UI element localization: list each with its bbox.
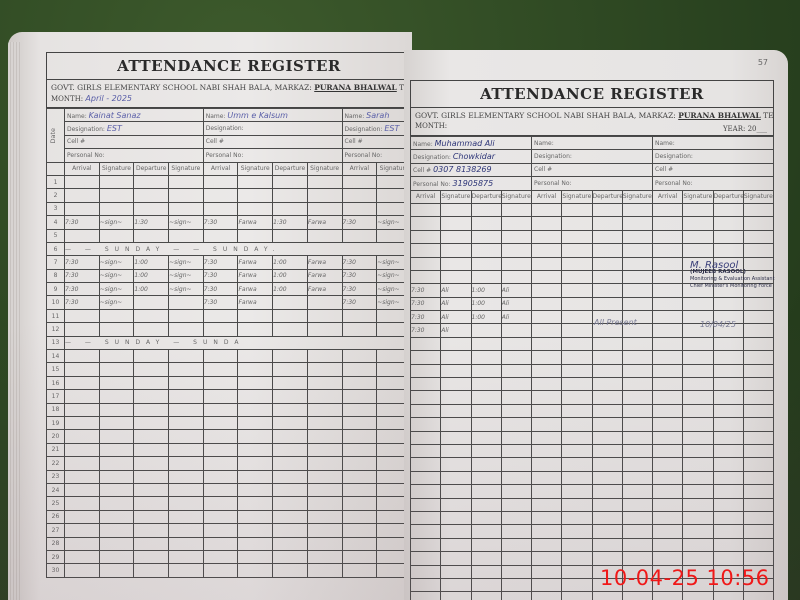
attendance-cell	[592, 444, 622, 457]
attendance-cell	[532, 270, 562, 283]
attendance-cell	[273, 363, 308, 376]
attendance-cell	[441, 471, 471, 484]
attendance-cell	[592, 511, 622, 524]
attendance-cell	[743, 351, 773, 364]
attendance-cell: 1:00	[134, 283, 169, 296]
attendance-cell	[713, 391, 743, 404]
attendance-cell	[238, 376, 273, 389]
table-row: 24	[47, 483, 412, 496]
staff-3-designation: Designation:	[653, 150, 774, 163]
attendance-cell	[713, 404, 743, 417]
attendance-cell	[238, 537, 273, 550]
attendance-register-book: ATTENDANCE REGISTER GOVT. GIRLS ELEMENTA…	[0, 28, 800, 600]
attendance-cell	[65, 309, 100, 322]
attendance-cell	[411, 351, 441, 364]
attendance-cell	[532, 458, 562, 471]
table-row	[411, 418, 774, 431]
attendance-cell: 7:30	[203, 283, 238, 296]
staff-3-personal: Personal No:	[342, 149, 412, 162]
attendance-cell	[501, 458, 531, 471]
attendance-cell	[134, 537, 169, 550]
attendance-cell	[134, 202, 169, 215]
attendance-cell	[501, 418, 531, 431]
attendance-cell	[471, 337, 501, 350]
attendance-cell	[653, 485, 683, 498]
attendance-cell	[713, 485, 743, 498]
attendance-cell	[562, 592, 592, 600]
attendance-cell: Ali	[501, 284, 531, 297]
subhdr-signature: Signature	[622, 190, 652, 203]
month-field: MONTH:	[415, 122, 769, 130]
visit-date: 10/04/25	[700, 320, 736, 329]
attendance-cell	[411, 592, 441, 600]
subhdr-signature: Signature	[238, 162, 273, 175]
attendance-cell	[713, 351, 743, 364]
attendance-cell	[65, 229, 100, 242]
staff-designation-row: Designation: Chowkidar Designation: Desi…	[411, 150, 774, 163]
attendance-cell	[411, 538, 441, 551]
attendance-cell	[203, 430, 238, 443]
attendance-cell	[532, 444, 562, 457]
attendance-cell	[683, 337, 713, 350]
attendance-cell	[99, 416, 134, 429]
attendance-cell	[743, 418, 773, 431]
attendance-cell: Farwa	[238, 256, 273, 269]
attendance-cell	[592, 351, 622, 364]
staff-name-row: Name: Muhammad Ali Name: Name:	[411, 137, 774, 150]
attendance-cell	[653, 418, 683, 431]
attendance-cell	[471, 498, 501, 511]
staff-2-cell: Cell #	[532, 163, 653, 176]
attendance-cell	[683, 431, 713, 444]
attendance-cell	[307, 537, 342, 550]
attendance-cell: 7:30	[65, 296, 100, 309]
month-field: MONTH: April - 2025	[51, 94, 407, 103]
day-number: 26	[47, 510, 65, 523]
attendance-cell	[411, 257, 441, 270]
table-row	[411, 511, 774, 524]
attendance-cell	[342, 457, 377, 470]
attendance-cell	[471, 217, 501, 230]
attendance-cell	[342, 403, 377, 416]
attendance-cell	[134, 376, 169, 389]
attendance-cell	[441, 418, 471, 431]
attendance-cell: 7:30	[203, 269, 238, 282]
attendance-cell	[342, 524, 377, 537]
attendance-cell	[713, 525, 743, 538]
day-number: 29	[47, 550, 65, 563]
attendance-cell	[562, 444, 592, 457]
attendance-cell	[592, 297, 622, 310]
attendance-cell	[134, 309, 169, 322]
attendance-cell	[65, 403, 100, 416]
attendance-cell	[532, 431, 562, 444]
attendance-cell: 7:30	[411, 311, 441, 324]
attendance-cell	[501, 511, 531, 524]
attendance-cell	[99, 403, 134, 416]
attendance-cell: Ali	[441, 297, 471, 310]
table-row: 22	[47, 457, 412, 470]
visit-note: All Present	[594, 318, 637, 327]
attendance-cell	[713, 498, 743, 511]
attendance-cell	[65, 483, 100, 496]
column-subheaders: Arrival Signature Departure Signature Ar…	[411, 190, 774, 203]
attendance-cell	[471, 324, 501, 337]
attendance-cell	[238, 497, 273, 510]
attendance-cell	[238, 470, 273, 483]
table-row	[411, 351, 774, 364]
attendance-cell	[203, 309, 238, 322]
attendance-cell	[743, 444, 773, 457]
attendance-cell	[65, 350, 100, 363]
attendance-cell	[307, 403, 342, 416]
subhdr-signature: Signature	[169, 162, 204, 175]
attendance-cell	[238, 350, 273, 363]
attendance-cell	[307, 350, 342, 363]
attendance-cell	[65, 443, 100, 456]
attendance-cell	[441, 217, 471, 230]
attendance-cell	[743, 244, 773, 257]
attendance-cell	[307, 323, 342, 336]
year-field: YEAR: 20___	[723, 125, 767, 133]
attendance-cell	[622, 297, 652, 310]
attendance-cell	[471, 458, 501, 471]
day-number: 20	[47, 430, 65, 443]
attendance-cell: 7:30	[203, 256, 238, 269]
attendance-cell	[273, 416, 308, 429]
attendance-cell: 1:00	[273, 269, 308, 282]
attendance-cell	[532, 418, 562, 431]
attendance-cell	[411, 217, 441, 230]
day-number: 8	[47, 269, 65, 282]
attendance-cell	[622, 404, 652, 417]
attendance-cell	[441, 364, 471, 377]
attendance-cell	[65, 510, 100, 523]
attendance-cell	[501, 391, 531, 404]
attendance-cell	[169, 175, 204, 188]
attendance-cell	[622, 485, 652, 498]
attendance-cell	[238, 323, 273, 336]
attendance-cell	[273, 229, 308, 242]
attendance-cell	[134, 416, 169, 429]
attendance-cell: 1:00	[471, 297, 501, 310]
attendance-cell	[342, 323, 377, 336]
attendance-cell	[134, 483, 169, 496]
attendance-cell	[562, 378, 592, 391]
attendance-cell	[411, 552, 441, 565]
attendance-cell	[501, 552, 531, 565]
attendance-cell	[683, 297, 713, 310]
attendance-cell	[441, 391, 471, 404]
attendance-cell	[342, 497, 377, 510]
attendance-cell	[532, 217, 562, 230]
attendance-cell	[411, 364, 441, 377]
attendance-cell	[471, 203, 501, 216]
attendance-cell: 1:00	[134, 269, 169, 282]
attendance-cell	[169, 323, 204, 336]
attendance-cell	[471, 230, 501, 243]
attendance-cell	[653, 444, 683, 457]
day-number: 10	[47, 296, 65, 309]
table-row	[411, 471, 774, 484]
day-number: 21	[47, 443, 65, 456]
attendance-cell	[743, 217, 773, 230]
attendance-cell	[683, 458, 713, 471]
attendance-cell	[471, 257, 501, 270]
attendance-cell	[501, 538, 531, 551]
attendance-cell	[501, 565, 531, 578]
attendance-cell	[653, 244, 683, 257]
attendance-cell	[273, 550, 308, 563]
attendance-cell	[273, 175, 308, 188]
day-number: 23	[47, 470, 65, 483]
attendance-cell	[203, 376, 238, 389]
day-number: 16	[47, 376, 65, 389]
attendance-cell	[592, 498, 622, 511]
day-number: 19	[47, 416, 65, 429]
table-row: 29	[47, 550, 412, 563]
attendance-cell	[342, 175, 377, 188]
staff-2-personal: Personal No:	[203, 149, 342, 162]
attendance-cell	[653, 404, 683, 417]
attendance-cell	[501, 471, 531, 484]
attendance-cell	[713, 418, 743, 431]
attendance-cell	[683, 525, 713, 538]
left-register-sheet: ATTENDANCE REGISTER GOVT. GIRLS ELEMENTA…	[46, 52, 412, 578]
left-attendance-table: Date Name: Kainat Sanaz Name: Umm e Kals…	[46, 108, 412, 578]
attendance-cell: Farwa	[307, 216, 342, 229]
attendance-cell	[622, 230, 652, 243]
attendance-cell	[592, 592, 622, 600]
attendance-cell	[532, 378, 562, 391]
attendance-cell	[653, 431, 683, 444]
attendance-cell	[683, 485, 713, 498]
subhdr-arrival: Arrival	[411, 190, 441, 203]
table-row	[411, 378, 774, 391]
attendance-cell	[65, 189, 100, 202]
table-row: 97:30~sign~1:00~sign~7:30Farwa1:00Farwa7…	[47, 283, 412, 296]
attendance-cell	[203, 564, 238, 577]
attendance-cell	[134, 457, 169, 470]
table-row	[411, 485, 774, 498]
attendance-cell	[562, 498, 592, 511]
attendance-cell	[592, 458, 622, 471]
attendance-cell: 7:30	[342, 269, 377, 282]
page-stack-edge	[8, 42, 22, 600]
attendance-cell	[683, 364, 713, 377]
attendance-cell	[501, 217, 531, 230]
school-name: GOVT. GIRLS ELEMENTARY SCHOOL NABI SHAH …	[415, 111, 676, 120]
attendance-cell	[203, 350, 238, 363]
attendance-cell	[203, 483, 238, 496]
table-row	[411, 364, 774, 377]
day-number: 15	[47, 363, 65, 376]
attendance-cell	[169, 483, 204, 496]
attendance-cell	[238, 202, 273, 215]
attendance-cell	[501, 364, 531, 377]
attendance-cell	[134, 323, 169, 336]
attendance-cell	[441, 552, 471, 565]
attendance-cell	[622, 538, 652, 551]
attendance-cell	[471, 431, 501, 444]
attendance-cell	[471, 378, 501, 391]
attendance-cell	[203, 416, 238, 429]
attendance-cell	[592, 485, 622, 498]
attendance-cell	[238, 457, 273, 470]
attendance-cell	[65, 564, 100, 577]
photo-timestamp: 10-04-25 10:56	[600, 566, 770, 590]
attendance-cell	[273, 350, 308, 363]
attendance-cell	[622, 351, 652, 364]
attendance-cell	[134, 564, 169, 577]
attendance-cell	[307, 470, 342, 483]
attendance-cell	[622, 458, 652, 471]
attendance-cell	[273, 457, 308, 470]
attendance-cell: 1:00	[471, 311, 501, 324]
attendance-cell: 7:30	[342, 283, 377, 296]
inspector-title-1: Monitoring & Evaluation Assistant	[690, 276, 782, 283]
attendance-cell	[592, 217, 622, 230]
attendance-cell	[169, 350, 204, 363]
attendance-cell	[471, 444, 501, 457]
attendance-cell	[532, 391, 562, 404]
subhdr-signature: Signature	[743, 190, 773, 203]
attendance-cell: 7:30	[411, 284, 441, 297]
attendance-cell	[743, 297, 773, 310]
day-number: 7	[47, 256, 65, 269]
attendance-cell: Ali	[501, 297, 531, 310]
attendance-cell	[99, 175, 134, 188]
attendance-cell	[653, 378, 683, 391]
attendance-cell	[307, 564, 342, 577]
staff-1-cell: Cell #	[65, 135, 204, 148]
attendance-cell	[273, 510, 308, 523]
attendance-cell	[653, 324, 683, 337]
attendance-cell	[411, 498, 441, 511]
day-number: 9	[47, 283, 65, 296]
attendance-cell	[592, 378, 622, 391]
page-title: ATTENDANCE REGISTER	[46, 52, 412, 80]
attendance-cell	[592, 552, 622, 565]
attendance-cell	[743, 391, 773, 404]
staff-name-row: Date Name: Kainat Sanaz Name: Umm e Kals…	[47, 109, 412, 122]
subhdr-departure: Departure	[134, 162, 169, 175]
table-row	[411, 458, 774, 471]
attendance-cell	[743, 525, 773, 538]
attendance-cell	[411, 511, 441, 524]
subhdr-signature: Signature	[683, 190, 713, 203]
day-number: 25	[47, 497, 65, 510]
attendance-cell	[169, 202, 204, 215]
attendance-cell	[99, 376, 134, 389]
subhdr-departure: Departure	[713, 190, 743, 203]
attendance-cell	[65, 537, 100, 550]
attendance-cell	[203, 497, 238, 510]
attendance-cell	[99, 323, 134, 336]
attendance-cell	[99, 189, 134, 202]
attendance-cell	[411, 378, 441, 391]
attendance-cell	[532, 485, 562, 498]
attendance-cell: ~sign~	[99, 269, 134, 282]
attendance-cell	[562, 217, 592, 230]
attendance-cell	[99, 524, 134, 537]
table-row: 13— — SUNDAY — SUNDA	[47, 336, 412, 349]
attendance-cell	[169, 309, 204, 322]
attendance-cell	[169, 229, 204, 242]
attendance-cell	[653, 284, 683, 297]
staff-3-designation: Designation: EST	[342, 122, 412, 135]
attendance-cell: Farwa	[307, 283, 342, 296]
staff-3-cell: Cell #	[342, 135, 412, 148]
staff-1-designation: Designation: EST	[65, 122, 204, 135]
attendance-cell	[532, 311, 562, 324]
markaz-name: PURANA BHALWAL	[678, 111, 761, 120]
attendance-cell	[411, 485, 441, 498]
attendance-cell	[238, 175, 273, 188]
attendance-cell	[471, 511, 501, 524]
table-row	[411, 203, 774, 216]
attendance-cell	[501, 230, 531, 243]
markaz-name: PURANA BHALWAL	[314, 83, 397, 92]
staff-personal-row: Personal No: 31905875 Personal No: Perso…	[411, 177, 774, 190]
attendance-cell	[342, 229, 377, 242]
attendance-cell	[203, 524, 238, 537]
attendance-cell	[653, 337, 683, 350]
attendance-cell	[203, 390, 238, 403]
attendance-cell	[134, 350, 169, 363]
attendance-cell	[411, 458, 441, 471]
attendance-cell	[562, 431, 592, 444]
attendance-cell	[562, 391, 592, 404]
attendance-cell	[273, 376, 308, 389]
staff-3-personal: Personal No:	[653, 177, 774, 190]
attendance-cell	[203, 457, 238, 470]
attendance-cell	[307, 296, 342, 309]
attendance-cell	[441, 498, 471, 511]
page-title: ATTENDANCE REGISTER	[410, 80, 774, 108]
attendance-cell	[203, 323, 238, 336]
attendance-cell	[307, 416, 342, 429]
table-row: 25	[47, 497, 412, 510]
school-info: GOVT. GIRLS ELEMENTARY SCHOOL NABI SHAH …	[46, 80, 412, 108]
attendance-cell	[342, 309, 377, 322]
staff-3-name: Name:	[653, 137, 774, 150]
date-header: Date	[47, 109, 65, 163]
attendance-cell	[683, 418, 713, 431]
attendance-cell	[683, 552, 713, 565]
table-row: 5	[47, 229, 412, 242]
attendance-cell	[441, 578, 471, 591]
table-row	[411, 538, 774, 551]
attendance-cell	[743, 511, 773, 524]
attendance-cell	[562, 525, 592, 538]
attendance-cell	[592, 404, 622, 417]
attendance-cell	[562, 257, 592, 270]
attendance-cell	[411, 404, 441, 417]
attendance-cell: 1:00	[134, 256, 169, 269]
table-row	[411, 244, 774, 257]
attendance-cell	[713, 217, 743, 230]
day-number: 13	[47, 336, 65, 349]
attendance-cell	[743, 458, 773, 471]
staff-cell-row: Cell # Cell # Cell #	[47, 135, 412, 148]
attendance-cell	[441, 444, 471, 457]
attendance-cell	[65, 497, 100, 510]
attendance-cell	[471, 364, 501, 377]
right-register-sheet: ATTENDANCE REGISTER GOVT. GIRLS ELEMENTA…	[410, 80, 774, 600]
attendance-cell	[562, 337, 592, 350]
attendance-cell	[532, 351, 562, 364]
